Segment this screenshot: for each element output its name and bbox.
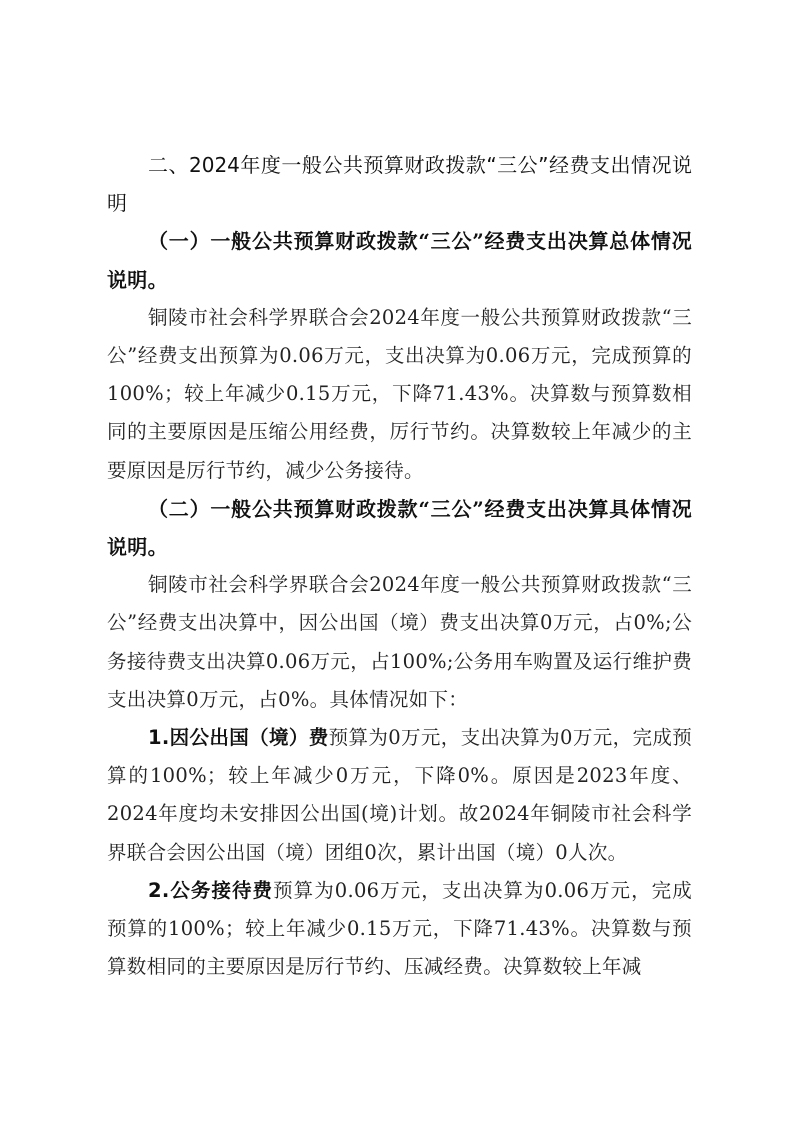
section-title: 二、2024年度一般公共预算财政拨款“三公”经费支出情况说明: [107, 146, 692, 222]
subsection-1-title: （一）一般公共预算财政拨款“三公”经费支出决算总体情况说明。: [107, 222, 692, 298]
item-overseas-travel-lead: 1.因公出国（境）费: [148, 726, 329, 749]
subsection-2-body: 铜陵市社会科学界联合会2024年度一般公共预算财政拨款“三公”经费支出决算中，因…: [107, 566, 692, 719]
subsection-1-body: 铜陵市社会科学界联合会2024年度一般公共预算财政拨款“三公”经费支出预算为0.…: [107, 299, 692, 490]
subsection-2-title: （二）一般公共预算财政拨款“三公”经费支出决算具体情况说明。: [107, 490, 692, 566]
document-page: 二、2024年度一般公共预算财政拨款“三公”经费支出情况说明 （一）一般公共预算…: [107, 146, 692, 986]
item-official-reception-lead: 2.公务接待费: [148, 879, 273, 902]
item-overseas-travel: 1.因公出国（境）费预算为0万元，支出决算为0万元，完成预算的100%；较上年减…: [107, 719, 692, 872]
item-official-reception: 2.公务接待费预算为0.06万元，支出决算为0.06万元，完成预算的100%；较…: [107, 872, 692, 987]
